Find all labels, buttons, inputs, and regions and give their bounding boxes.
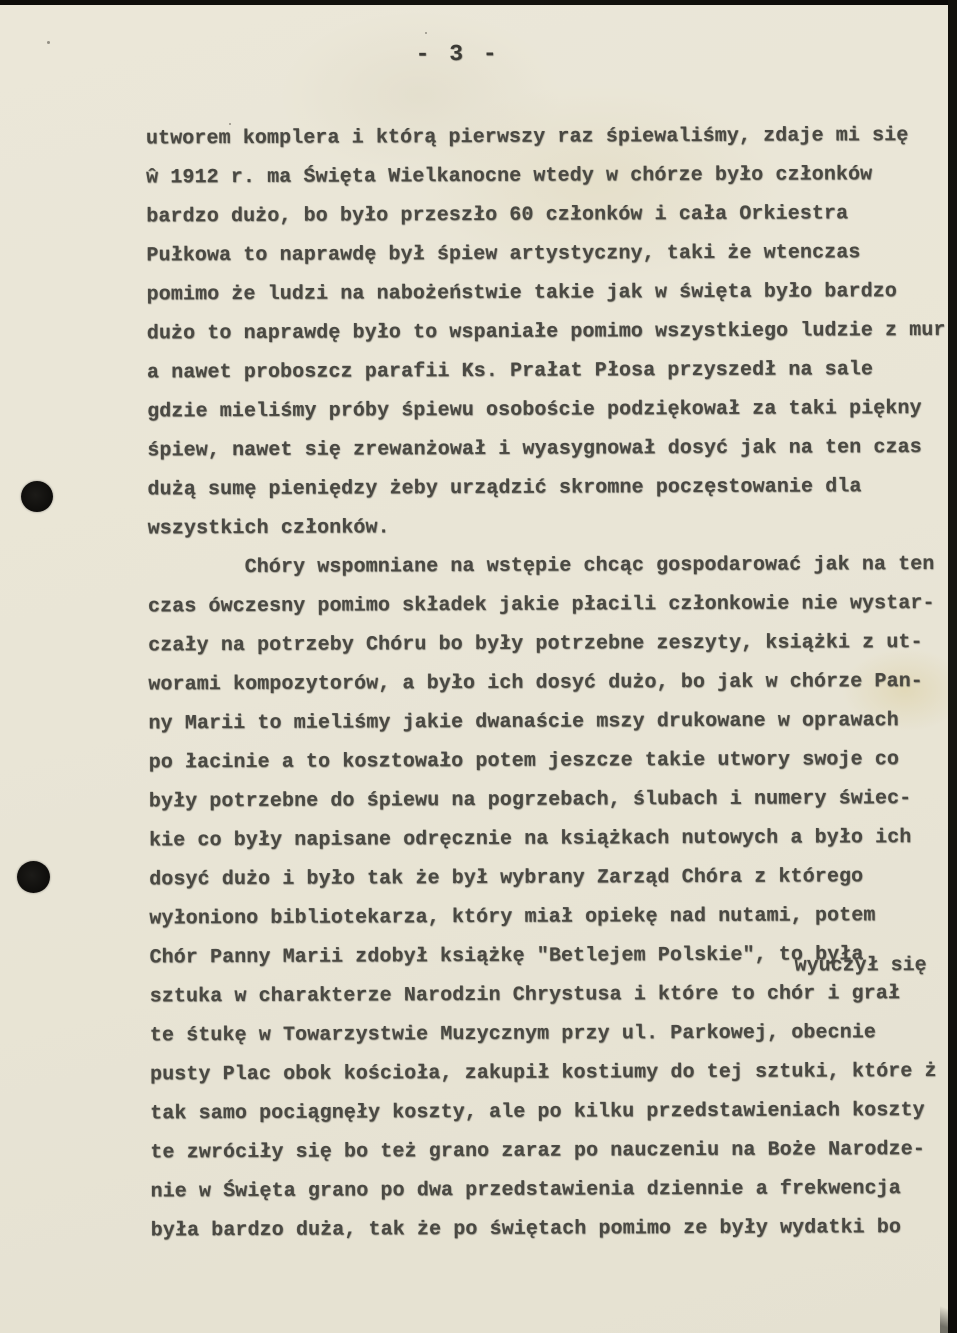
scanned-document-page: - 3 - utworem komplera i którą pierwszy …: [0, 0, 957, 1333]
hole-punch-icon: [17, 861, 50, 893]
typescript-layer: - 3 - utworem komplera i którą pierwszy …: [0, 0, 957, 1333]
text-line: dosyć dużo i było tak że był wybrany Zar…: [149, 857, 955, 900]
text-line: czały na potrzeby Chóru bo były potrzebn…: [148, 623, 954, 666]
text-line: wyłoniono bibliotekarza, który miał opie…: [149, 896, 955, 939]
text-line: pomimo że ludzi na nabożeństwie takie ja…: [147, 272, 953, 315]
text-line: były potrzebne do śpiewu na pogrzebach, …: [149, 779, 955, 822]
interline-correction-note: wyuczył się: [795, 946, 927, 986]
text-line: po łacinie a to kosztowało potem jeszcze…: [149, 740, 955, 783]
text-line: a nawet proboszcz parafii Ks. Prałat Pło…: [147, 350, 953, 393]
text-line: nie w Święta grano po dwa przedstawienia…: [150, 1169, 956, 1212]
text-line: pusty Plac obok kościoła, zakupił kostiu…: [150, 1052, 956, 1095]
text-line: Chóry wspomniane na wstępie chcąc gospod…: [148, 545, 954, 588]
text-line: była bardzo duża, tak że po świętach pom…: [151, 1208, 957, 1251]
text-line: dużą sumę pieniędzy żeby urządzić skromn…: [147, 467, 953, 510]
hole-punch-icon: [21, 481, 53, 512]
text-line: worami kompozytorów, a było ich dosyć du…: [148, 662, 954, 705]
text-line: dużo to naprawdę było to wspaniałe pomim…: [147, 311, 953, 354]
text-line: śpiew, nawet się zrewanżował i wyasygnow…: [147, 428, 953, 471]
text-line: bardzo dużo, bo było przeszło 60 członkó…: [146, 194, 952, 237]
text-line: ny Marii to mieliśmy jakie dwanaście msz…: [148, 701, 954, 744]
text-line: Pułkowa to naprawdę był śpiew artystyczn…: [146, 233, 952, 276]
text-line: kie co były napisane odręcznie na książk…: [149, 818, 955, 861]
scan-edge-right: [948, 0, 957, 1333]
text-line: wszystkich członków.: [148, 506, 954, 549]
text-line: te zwróciły się bo też grano zaraz po na…: [150, 1130, 956, 1173]
text-line: tak samo pociągnęły koszty, ale po kilku…: [150, 1091, 956, 1134]
typewritten-text: utworem komplera i którą pierwszy raz śp…: [146, 116, 957, 1251]
page-number: - 3 -: [416, 41, 500, 67]
text-line: te śtukę w Towarzystwie Muzycznym przy u…: [150, 1013, 956, 1056]
text-line: czas ówczesny pomimo składek jakie płaci…: [148, 584, 954, 627]
text-line: utworem komplera i którą pierwszy raz śp…: [146, 116, 952, 159]
text-line: gdzie mieliśmy próby śpiewu osoboście po…: [147, 389, 953, 432]
scan-edge-top: [0, 0, 957, 5]
text-line: ŵ 1912 r. ma Święta Wielkanocne wtedy w …: [146, 155, 952, 198]
